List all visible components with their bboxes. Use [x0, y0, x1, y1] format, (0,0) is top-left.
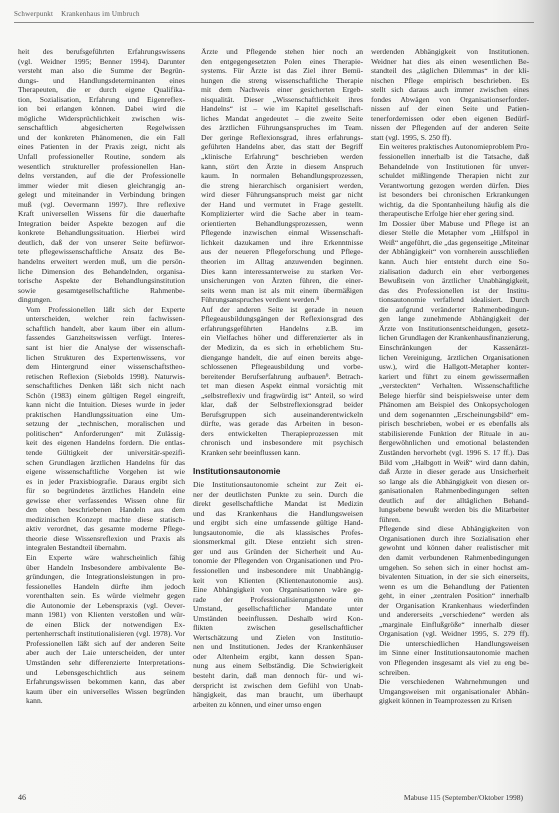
- text-line: Ein weiteres praktisches Autonomieproble…: [371, 142, 529, 152]
- text-line: den damit verbundenen Rahmenbedingungen: [371, 553, 529, 563]
- text-line: lungsebene bewußt werden bis die Mitarbe…: [371, 505, 529, 515]
- text-line: politischen“ Anforderungen“ mit Zulässig…: [18, 429, 185, 439]
- text-line: Weidner hat dies als einen wesentlichen …: [371, 57, 529, 67]
- text-line: seits wenn man ist als mit einem übermäß…: [193, 286, 363, 296]
- text-line: Eine Abhängigkeit von Organisationen wär…: [193, 585, 363, 595]
- text-line: gründungen, die Integrationsleistungen i…: [18, 572, 185, 582]
- text-line: über Handeln Insbesondere ambivalente Be…: [18, 563, 185, 573]
- text-line: die Autonomie der Lebenspraxis (vgl. Oev…: [18, 601, 185, 611]
- text-line: deutlich, daß der von unserer Seite befü…: [18, 238, 185, 248]
- text-line: medizinischen Konzept machte diese stati…: [18, 515, 185, 525]
- text-line: diengange handelt, die auf einen bereits…: [193, 353, 363, 363]
- text-line: fessionelles Handeln dürfte ihm jedoch: [18, 582, 185, 592]
- text-line: und ergibt sich eine umfassende gültige …: [193, 518, 363, 528]
- text-line: kaum über ein universelles Wissen begrün…: [18, 687, 185, 697]
- text-line: derspricht ist zwischen dem Gefühl von U…: [193, 681, 363, 691]
- text-line: gewohnt und können daher realistischer m…: [371, 543, 529, 553]
- text-line: Wertschätzung und Zielen von Institutio-: [193, 633, 363, 643]
- text-line: bivalenten Situation, in der sie sich ei…: [371, 572, 529, 582]
- text-line: Handelns“ ist – wie im Kapitel gesellsch…: [193, 104, 363, 114]
- paragraph: Ärzte und Pflegende stehen hier noch and…: [193, 47, 363, 305]
- text-line: Ärzte und Pflegende stehen hier noch an: [193, 47, 363, 57]
- text-line: unsicherungen von Ärzten führen, die ein…: [193, 276, 363, 286]
- text-line: wenn es um die Behandlung der Patienten: [371, 582, 529, 592]
- text-line: führen.: [371, 515, 529, 525]
- text-line: ßergewöhnlichen und emotional belastende…: [371, 438, 529, 448]
- text-line: tion, Sozialisation, Erfahrung und Eigen…: [18, 95, 185, 105]
- text-line: erfahrungsgeführten Handelns z.B. im: [193, 324, 363, 334]
- text-line: der Hand und vermutet in Frage gestellt.: [193, 200, 363, 210]
- text-line: Der geringe Reflexionsgrad, ihres erfahr…: [193, 133, 363, 143]
- text-line: Unfall professioneller Routine, sondern …: [18, 152, 185, 162]
- text-line: stabilisierende Funktion der Rituale in …: [371, 429, 529, 439]
- text-line: Phänomen am Beispiel des Onkopsychologen: [371, 400, 529, 410]
- text-line: orientierten Behandlungsprozessen, wenn: [193, 219, 363, 229]
- text-line: der Abhängigkeit“ von vornherein ausschl…: [371, 247, 529, 257]
- text-line: Umständen sehr differenzierte Interpreta…: [18, 658, 185, 668]
- text-line: nung aus einem Selbständig. Die Schwieri…: [193, 661, 363, 671]
- text-line: retischen Reflexion (Siebolds 1998). Nat…: [18, 372, 185, 382]
- text-line: lungsautonomie, die als klassisches Prof…: [193, 528, 363, 538]
- text-line: integralen Bestandteil übernahm.: [18, 543, 185, 553]
- text-line: aus der neueren Pflegeforschung und Pfle…: [193, 247, 363, 257]
- text-line: liches Mandat angedeutet – die zweite Se…: [193, 114, 363, 124]
- text-line: tete pflegewissenschaftliche Ansatz des …: [18, 247, 185, 257]
- text-line: immer wieder mit diesen gleichrangig an-: [18, 181, 185, 191]
- text-line: Auf der anderen Seite ist gerade in neue…: [193, 305, 363, 315]
- text-line: systems. Für Ärzte ist das Ziel ihrer Be…: [193, 66, 363, 76]
- text-line: (vgl. Weidner 1995; Benner 1994). Darunt…: [18, 57, 185, 67]
- text-line: „selbstreflexiv und fragwürdig ist“ Ante…: [193, 391, 363, 401]
- text-line: fessionellen und insbesondere mit Unabhä…: [193, 566, 363, 576]
- paragraph: Die Institutionsautonomie scheint zur Ze…: [193, 480, 363, 709]
- text-line: versteht man also die Summe der Begrün-: [18, 66, 185, 76]
- text-line: theorien im Alltag anzuwenden beginnen.: [193, 257, 363, 267]
- text-line: dieser Stelle die Metapher vom „Hilfspol…: [371, 228, 529, 238]
- text-line: wird dieser Führungsanspruch meist gar n…: [193, 190, 363, 200]
- text-line: Umstand, gesellschaftlicher Mandate unte…: [193, 604, 363, 614]
- text-line: chronisch und insbesondere mit psychisch: [193, 438, 363, 448]
- text-line: Pflegende sind diese Abhängigkeiten von: [371, 524, 529, 534]
- running-head: Schwerpunkt Krankenhaus im Umbruch: [14, 10, 534, 23]
- text-line: Bewußtsein von ärztlicher Unabhängigkeit…: [371, 276, 529, 286]
- text-line: mögliche Widersprüchlichkeit zwischen wi…: [18, 114, 185, 124]
- text-line: kariert und führt zu einem gewissermaßen: [371, 372, 529, 382]
- text-line: Dies kann interessanterweise zu starken …: [193, 267, 363, 277]
- text-line: dem Hintergrund einer wissenschaftstheo-: [18, 362, 185, 372]
- text-line: Pflegeausbildungsgängen der Reflexionsgr…: [193, 314, 363, 324]
- text-line: keit von Klienten (Klientenautonomie aus…: [193, 576, 363, 586]
- text-line: rade der Professionalisierungstheorie ei…: [193, 595, 363, 605]
- text-line: gigkeit können in Teamprozessen zu Krise…: [371, 696, 529, 706]
- text-line: Weiß“ angeführt, die „das gegenseitige „…: [371, 238, 529, 248]
- text-line: geht, in einer „zentralen Position“ inne…: [371, 591, 529, 601]
- text-line: ein Vielfaches höher und differenzierter…: [193, 333, 363, 343]
- text-line: deutlich auf der alltäglichen Behand-: [371, 496, 529, 506]
- text-line: nisqualität. Dieser „Wissenschaftlichkei…: [193, 95, 363, 105]
- text-line: der Organisation Krankenhaus wiederfinde…: [371, 601, 529, 611]
- document-page: Schwerpunkt Krankenhaus im Umbruch heit …: [0, 0, 559, 813]
- text-line: Organisation (vgl. Weidner 1995, S. 279 …: [371, 629, 529, 639]
- text-line: aktiv verordnet, das gesamte moderne Pfl…: [18, 524, 185, 534]
- text-line: standteil des „täglichen Dilemmas“ in de…: [371, 66, 529, 76]
- text-line: keit des eigenen Handelns fordern. Die e…: [18, 438, 185, 448]
- text-line: Die unterschiedlichen Handlungsweisen: [371, 639, 529, 649]
- text-line: senschaftliches Denken läßt sich nicht n…: [18, 381, 185, 391]
- text-line: und dem sogenannten „Erscheinungsbild“ e…: [371, 410, 529, 420]
- text-line: Therapeuten, die er durch eigene Qualifi…: [18, 85, 185, 95]
- text-line: Im Dossier über Mabuse und Pflege ist an: [371, 219, 529, 229]
- text-line: statt (vgl. 1995, S. 250 ff).: [371, 133, 529, 143]
- section-heading: Institutionsautonomie: [193, 467, 363, 477]
- text-line: und das Krankenhaus die Handlungsweisen: [193, 509, 363, 519]
- text-line: eines Patienten in der Praxis zeigt, nic…: [18, 142, 185, 152]
- text-line: so lange als die Abhängigkeit von diesen…: [371, 477, 529, 487]
- text-line: für so begründetes ärztliches Handeln ei…: [18, 486, 185, 496]
- text-line: des ärztlichen Führungsanspruches im Tea…: [193, 123, 363, 133]
- text-line: Erfahrungswissen bekommen kann, das aber: [18, 677, 185, 687]
- text-line: oder Altenheim ergibt, kann dessen Span-: [193, 652, 363, 662]
- text-line: ist besonders bei chronischen Erkrankung…: [371, 190, 529, 200]
- text-line: umgehen. So sehen sich in einer hochst a…: [371, 563, 529, 573]
- text-line: tonomie der Pflegenden von Organisatione…: [193, 556, 363, 566]
- text-line: fassendes Ganzheitswissen verfügt. Inter…: [18, 333, 185, 343]
- text-line: lichen Grundlagen der Krankenhausfinanzi…: [371, 333, 529, 343]
- text-line: im Sinne einer Institutionsautonomie mac…: [371, 648, 529, 658]
- text-line: „klinische Erfahrung“ beschrieben werden: [193, 152, 363, 162]
- text-line: ner der deutlichsten Punkte zu sein. Dur…: [193, 490, 363, 500]
- text-line: fessionellen innerhalb ist die Tatsache,…: [371, 152, 529, 162]
- running-head-section: Schwerpunkt: [14, 10, 53, 18]
- text-line: heit des berufsgeführten Erfahrungswisse…: [18, 47, 185, 57]
- text-line: wesentlich struktureller professionellen…: [18, 162, 185, 172]
- text-line: ion bei erlangen können. Dabei wird die: [18, 104, 185, 114]
- text-line: dürfte, was gerade das Arbeiten in beson…: [193, 419, 363, 429]
- text-line: Kraft universellen Wissens für die dauer…: [18, 209, 185, 219]
- text-line: Organisationen durch ihre Sozialisation …: [371, 534, 529, 544]
- text-line: der Medizin, da es sich in erheblichem S…: [193, 343, 363, 353]
- text-line: schlossenen Pflegeausbildung und vorbe-: [193, 362, 363, 372]
- text-line: schen Grundlagen ärztlichen Handelns für…: [18, 458, 185, 468]
- text-line: kann nicht die Intuition. Dieses wurde i…: [18, 400, 185, 410]
- text-line: lichen Vereinigung, ärztlichen Organisat…: [371, 353, 529, 363]
- text-line: schreiben.: [371, 668, 529, 678]
- text-line: Berufsgruppen sich auseinanderentwickeln: [193, 410, 363, 420]
- paragraph: Ein weiteres praktisches Autonomieproble…: [371, 142, 529, 218]
- paragraph: Pflegende sind diese Abhängigkeiten vonO…: [371, 524, 529, 677]
- text-line: konkrete Behandlungssituation. Hierbei w…: [18, 228, 185, 238]
- text-line: fondes Abwägen von Organisationserforder…: [371, 95, 529, 105]
- text-line: Ein Experte wäre wahrscheinlich fähig: [18, 553, 185, 563]
- column-middle: Ärzte und Pflegende stehen hier noch and…: [193, 47, 363, 709]
- text-line: pertenherrschaft institutionalisieren (v…: [18, 629, 185, 639]
- paragraph: Vom Professionellen läßt sich der Expert…: [18, 305, 185, 553]
- running-head-title: Krankenhaus im Umbruch: [61, 10, 140, 18]
- text-line: Komplizierter wird die Sache aber in tea…: [193, 209, 363, 219]
- text-line: sionsmerkmal gilt. Diese entzieht sich s…: [193, 537, 363, 547]
- text-line: Die Institutionsautonomie scheint zur Ze…: [193, 480, 363, 490]
- text-line: schuldet mißlingende Therapien nicht zur: [371, 171, 529, 181]
- journal-citation: Mabuse 115 (September/Oktober 1998): [404, 793, 523, 802]
- column-left: heit des berufsgeführten Erfahrungswisse…: [18, 47, 185, 706]
- text-line: usw.), wird die Hallgott-Metapher konter…: [371, 362, 529, 372]
- text-line: stellt sich daraus auch immer zwischen e…: [371, 85, 529, 95]
- text-line: handelns erweitert werden muß, um die pe…: [18, 257, 185, 267]
- text-line: Kranken sehr beeinflussen kann.: [193, 448, 363, 458]
- text-line: „marginale Einflußgröße“ innerhalb diese…: [371, 620, 529, 630]
- text-line: nissen der Pflegenden auf der anderen Se…: [371, 123, 529, 133]
- text-line: tenerfordernissen oder eben eigenen Bedü…: [371, 114, 529, 124]
- text-line: arbeiten zu können, und einer umso engen: [193, 700, 363, 710]
- text-line: geführten Handelns aber, das statt der B…: [193, 142, 363, 152]
- text-line: Belege hierfür sind beispielsweise unter…: [371, 391, 529, 401]
- text-line: nissen auf der einen Seite und Patien-: [371, 104, 529, 114]
- text-line: gewisse eher verfassendes Wissen ohne fü…: [18, 496, 185, 506]
- text-line: gen lange zunehmende Abhängigkeit der: [371, 314, 529, 324]
- text-line: dingungen.: [18, 295, 185, 305]
- text-line: klar, daß der Selbstreflexionsgrad beide…: [193, 400, 363, 410]
- text-line: das des Professionellen ist der Institu-: [371, 286, 529, 296]
- text-line: schaftlich handelt, aber kaum über ein a…: [18, 324, 185, 334]
- text-line: Pflegende inzwischen einmal Wissenschaft…: [193, 228, 363, 238]
- text-line: Umständen beeinflussen. Deshalb wird Kon…: [193, 614, 363, 624]
- text-line: ger und aus Gründen der Sicherheit und A…: [193, 547, 363, 557]
- text-line: delns verstanden, auf die der Profession…: [18, 171, 185, 181]
- text-line: aber auch der Laie unterscheiden, der un…: [18, 648, 185, 658]
- text-line: lichen Strukturen des Expertenwissens, v…: [18, 353, 185, 363]
- paragraph: heit des berufsgeführten Erfahrungswisse…: [18, 47, 185, 305]
- text-line: und der konkreten Phänomenen, die ein Fa…: [18, 133, 185, 143]
- text-line: senschaftlich abgesicherten Regelwissen: [18, 123, 185, 133]
- text-line: torische Aspekte der Behandlungsinstitut…: [18, 276, 185, 286]
- text-line: kann, stört den Ärzte in diesem Anspruch: [193, 162, 363, 172]
- text-line: tende Gültigkeit der universitär-spezifi…: [18, 448, 185, 458]
- text-line: „versteckten“ Verhalten. Wissenschaftlic…: [371, 381, 529, 391]
- text-line: von Pflegenden insgesamt als viel zu eng…: [371, 658, 529, 668]
- text-line: ganisationalen Rahmenbedingungen selten: [371, 486, 529, 496]
- text-line: Integration beider Aspekte bezogen auf d…: [18, 219, 185, 229]
- text-line: sowie gesamtgesellschaftliche Rahmenbe-: [18, 286, 185, 296]
- text-line: direkt gesellschaftliche Mandat ist Medi…: [193, 499, 363, 509]
- text-line: ders entwickelten Therapieprozessen mit: [193, 429, 363, 439]
- text-line: therapeutische Erfolge hier eher gering …: [371, 209, 529, 219]
- text-line: Bild vom „Halbgott in Weiß“ wird dann da…: [371, 458, 529, 468]
- text-line: den oben beschriebenen Handeln aus dem: [18, 505, 185, 515]
- text-line: hungen die streng wissenschaftliche Ther…: [193, 76, 363, 86]
- text-line: Führungsanspruches verdient werden.⁸: [193, 295, 363, 305]
- text-line: die aufgrund veränderter Rahmenbedingun-: [371, 305, 529, 315]
- text-line: gelegt und miteinander in Verbindung bri…: [18, 190, 185, 200]
- text-line: hängigkeit, das man braucht, um überhaup…: [193, 690, 363, 700]
- text-line: besteht darin, daß man dennoch für- und …: [193, 671, 363, 681]
- text-line: kann. Auch hier entsteht durch eine So-: [371, 257, 529, 267]
- text-line: dungs- und Handlungsdeterminanten eines: [18, 76, 185, 86]
- text-line: und andererseits „verschiedene“ werden a…: [371, 610, 529, 620]
- text-line: vorenthalten sein. Es würde vielmehr geg…: [18, 591, 185, 601]
- text-line: Verantwortung gezogen werden dürfen. Die…: [371, 181, 529, 191]
- paragraph: werdenden Abhängigkeit von Institutionen…: [371, 47, 529, 142]
- text-line: setzung der „technischen, moralischen un…: [18, 419, 185, 429]
- text-line: Ärzte von Institutionsentscheidungen, ge…: [371, 324, 529, 334]
- text-line: mit dem Nachweis einer gesicherten Ergeb…: [193, 85, 363, 95]
- text-line: Professionellen läßt sich auf der andere…: [18, 639, 185, 649]
- text-line: Zuständen hervorhebt (vgl. 1996 S. 17 ff…: [371, 448, 529, 458]
- text-line: pirisch beschrieben, wobei er es ebenfal…: [371, 419, 529, 429]
- paragraph: Im Dossier über Mabuse und Pflege ist an…: [371, 219, 529, 525]
- text-line: flikten zwischen gesellschaftlicher: [193, 623, 363, 633]
- text-line: es in jeder Praxisbiografie. Daraus ergi…: [18, 477, 185, 487]
- text-line: liche Dimension des Behandelnden, organi…: [18, 267, 185, 277]
- text-line: eigene wissenschaftliche Vorgehen ist wi…: [18, 467, 185, 477]
- text-line: nischen Pflege empirisch beschrieben. Es: [371, 76, 529, 86]
- text-line: und Lebensgeschichtlich aus seinem: [18, 668, 185, 678]
- text-line: den entgegengesetzten Polen eines Therap…: [193, 57, 363, 67]
- paragraph: Ein Experte wäre wahrscheinlich fähigübe…: [18, 553, 185, 706]
- paragraph: Die verschiedenen Wahrnehmungen undUmgan…: [371, 677, 529, 706]
- text-line: werdenden Abhängigkeit von Institutionen…: [371, 47, 529, 57]
- text-line: Die verschiedenen Wahrnehmungen und: [371, 677, 529, 687]
- text-line: tet man diesen Aspekt einmal vorsichtig …: [193, 381, 363, 391]
- text-line: bereitender Berufserfahrung aufbauen⁹. B…: [193, 372, 363, 382]
- text-line: tionsautonomie verfallend idealisiert. D…: [371, 295, 529, 305]
- text-line: wichtig, da die Spontanheilung häufig al…: [371, 200, 529, 210]
- column-right: werdenden Abhängigkeit von Institutionen…: [371, 47, 529, 706]
- text-line: muß (vgl. Oevermann 1997). Ihre reflexiv…: [18, 200, 185, 210]
- text-line: Vom Professionellen läßt sich der Expert…: [18, 305, 185, 315]
- text-line: kaum. In normalen Behandlungsprozessen,: [193, 171, 363, 181]
- text-line: Umgangsweisen mit organisationaler Abhän…: [371, 687, 529, 697]
- page-number: 46: [18, 793, 26, 802]
- text-line: unterscheiden, welcher rein fachwissen-: [18, 314, 185, 324]
- text-line: zialisation dadurch ein eher verborgenes: [371, 267, 529, 277]
- text-line: Einschränkungen der Kassenärzt-: [371, 343, 529, 353]
- text-line: sant ist hier die Analyse der wissenscha…: [18, 343, 185, 353]
- text-line: nen und Institutionen. Jedes der Kranken…: [193, 642, 363, 652]
- text-line: die streng hierarchisch organisiert werd…: [193, 181, 363, 191]
- text-line: lichkeit dazukamen und ihre Erkenntnisse: [193, 238, 363, 248]
- text-line: mann 1981) von Klienten verstoßen und wü…: [18, 610, 185, 620]
- text-line: theorie diese Wissensreflexion und Praxi…: [18, 534, 185, 544]
- text-line: Schön (1983) einem gültigen Regel eingre…: [18, 391, 185, 401]
- text-line: daß Ärzte in dieser gerade aus Unsicherh…: [371, 467, 529, 477]
- text-line: praktischen Handlungssituation eine Um-: [18, 410, 185, 420]
- text-line: kann.: [18, 696, 185, 706]
- text-line: de einen Blick der notwendigen Ex-: [18, 620, 185, 630]
- paragraph: Auf der anderen Seite ist gerade in neue…: [193, 305, 363, 458]
- text-line: Behandelnde von Institutionen für unver-: [371, 162, 529, 172]
